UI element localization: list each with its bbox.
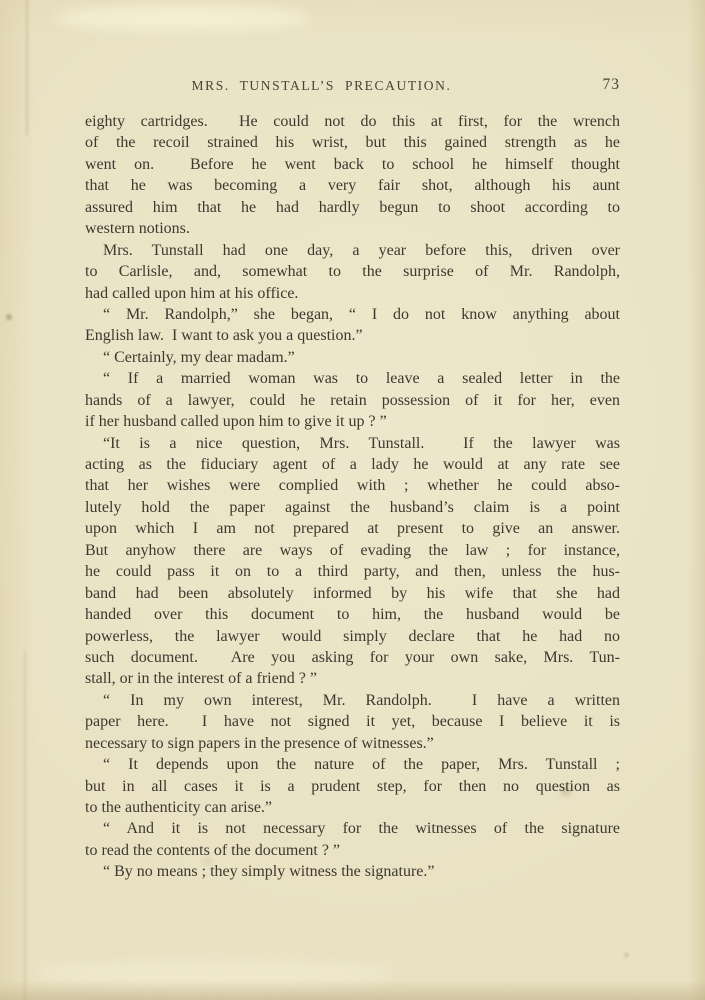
text-line: paper here. I have not signed it yet, be… [85, 711, 620, 732]
text-line: acting as the fiduciary agent of a lady … [85, 454, 620, 475]
text-line: necessary to sign papers in the presence… [85, 733, 620, 754]
text-line: if her husband called upon him to give i… [85, 411, 620, 432]
text-line: “ If a married woman was to leave a seal… [85, 368, 620, 389]
text-line: powerless, the lawyer would simply decla… [85, 626, 620, 647]
text-line: “ Mr. Randolph,” she began, “ I do not k… [85, 304, 620, 325]
page-stain [4, 313, 14, 321]
text-line: “ Certainly, my dear madam.” [85, 347, 620, 368]
text-line: handed over this document to him, the hu… [85, 604, 620, 625]
text-line: “It is a nice question, Mrs. Tunstall. I… [85, 433, 620, 454]
text-line: but in all cases it is a prudent step, f… [85, 776, 620, 797]
text-line: that he was becoming a very fair shot, a… [85, 175, 620, 196]
text-line: had called upon him at his office. [85, 283, 620, 304]
text-line: English law. I want to ask you a questio… [85, 325, 620, 346]
text-line: to the authenticity can arise.” [85, 797, 620, 818]
text-line: Mrs. Tunstall had one day, a year before… [85, 240, 620, 261]
text-line: “ And it is not necessary for the witnes… [85, 818, 620, 839]
text-line: went on. Before he went back to school h… [85, 154, 620, 175]
page-edge-highlight-bottom [35, 962, 395, 984]
text-line: of the recoil strained his wrist, but th… [85, 132, 620, 153]
body-text: eighty cartridges. He could not do this … [85, 111, 620, 883]
running-header: MRS. TUNSTALL’S PRECAUTION. 73 [85, 78, 620, 98]
text-line: assured him that he had hardly begun to … [85, 197, 620, 218]
text-line: But anyhow there are ways of evading the… [85, 540, 620, 561]
page-edge-highlight-top [55, 6, 310, 30]
text-line: that her wishes were complied with ; whe… [85, 475, 620, 496]
page-edge-line-bottom-left [24, 650, 26, 1000]
text-line: “ In my own interest, Mr. Randolph. I ha… [85, 690, 620, 711]
page-number: 73 [603, 76, 621, 94]
text-line: stall, or in the interest of a friend ? … [85, 668, 620, 689]
text-line: upon which I am not prepared at present … [85, 518, 620, 539]
page-stain [623, 952, 630, 958]
text-line: band had been absolutely informed by his… [85, 583, 620, 604]
text-line: lutely hold the paper against the husban… [85, 497, 620, 518]
text-line: “ It depends upon the nature of the pape… [85, 754, 620, 775]
running-header-title: MRS. TUNSTALL’S PRECAUTION. [85, 78, 558, 94]
text-line: eighty cartridges. He could not do this … [85, 111, 620, 132]
text-line: western notions. [85, 218, 620, 239]
text-line: to Carlisle, and, somewhat to the surpri… [85, 261, 620, 282]
text-line: he could pass it on to a third party, an… [85, 561, 620, 582]
text-line: “ By no means ; they simply witness the … [85, 861, 620, 882]
text-line: hands of a lawyer, could he retain posse… [85, 390, 620, 411]
text-line: such document. Are you asking for your o… [85, 647, 620, 668]
page-edge-line-top-left [26, 0, 28, 135]
text-line: to read the contents of the document ? ” [85, 840, 620, 861]
